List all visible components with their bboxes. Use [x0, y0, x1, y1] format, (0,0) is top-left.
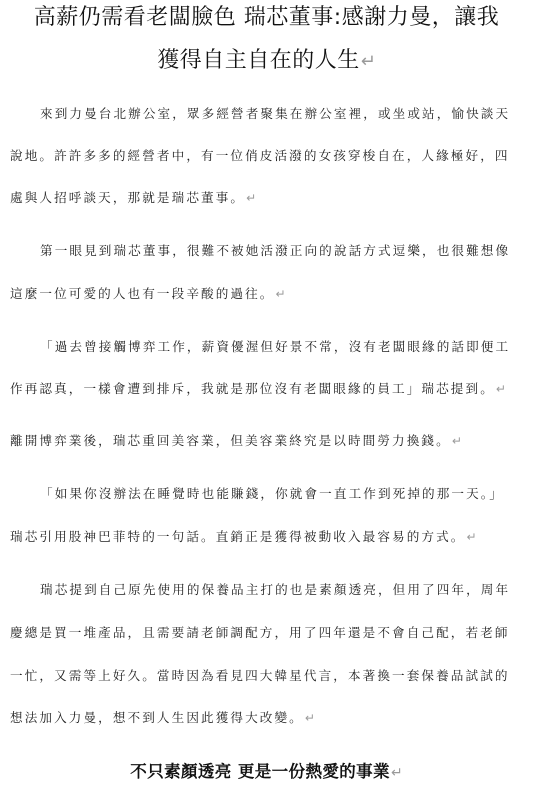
paragraph-2-line-2: 這麼一位可愛的人也有一段辛酸的過往。↵ — [10, 285, 500, 303]
paragraph-6-line-2: 慶總是買一堆產品，且需要請老師調配方，用了四年還是不會自己配，若老師 — [10, 624, 500, 642]
title-text: 高薪仍需看老闆臉色 瑞芯董事:感謝力曼，讓我 — [34, 5, 499, 30]
title-text: 獲得自主自在的人生 — [157, 48, 360, 73]
document-page: 高薪仍需看老闆臉色 瑞芯董事:感謝力曼，讓我 獲得自主自在的人生↵ 來到力曼台北… — [0, 0, 533, 792]
paragraph-4-line-1: 離開博弈業後，瑞芯重回美容業，但美容業終究是以時間勞力換錢。↵ — [10, 432, 500, 450]
subheading-text: 不只素顏透亮 更是一份熱愛的事業 — [130, 762, 390, 781]
paragraph-5-line-1: 「如果你沒辦法在睡覺時也能賺錢，你就會一直工作到死掉的那一天。」 — [40, 485, 530, 503]
paragraph-mark-icon: ↵ — [496, 382, 506, 396]
paragraph-3-line-1: 「過去曾接觸博弈工作，薪資優渥但好景不常，沒有老闆眼緣的話即便工 — [40, 338, 530, 356]
line-text: 作再認真，一樣會遭到排斥，我就是那位沒有老闆眼緣的員工」瑞芯提到。 — [10, 381, 495, 396]
paragraph-1-line-1: 來到力曼台北辦公室，眾多經營者聚集在辦公室裡，或坐或站，愉快談天 — [40, 105, 530, 123]
paragraph-mark-icon: ↵ — [361, 51, 376, 72]
line-text: 這麼一位可愛的人也有一段辛酸的過往。 — [10, 286, 275, 301]
paragraph-6-line-1: 瑞芯提到自己原先使用的保養品主打的也是素顏透亮，但用了四年，周年 — [40, 581, 530, 599]
paragraph-1-line-2: 說地。許許多多的經營者中，有一位俏皮活潑的女孩穿梭自在，人緣極好，四 — [10, 147, 500, 165]
line-text: 瑞芯引用股神巴菲特的一句話。直銷正是獲得被動收入最容易的方式。 — [10, 529, 466, 544]
paragraph-mark-icon: ↵ — [276, 287, 286, 301]
paragraph-mark-icon: ↵ — [391, 765, 403, 781]
line-text: 想法加入力曼，想不到人生因此獲得大改變。 — [10, 710, 304, 725]
paragraph-1-line-3: 處與人招呼談天，那就是瑞芯董事。↵ — [10, 189, 500, 207]
paragraph-mark-icon: ↵ — [467, 530, 477, 544]
line-text: 處與人招呼談天，那就是瑞芯董事。 — [10, 190, 245, 205]
document-title-line-2: 獲得自主自在的人生↵ — [0, 38, 533, 85]
line-text: 離開博弈業後，瑞芯重回美容業，但美容業終究是以時間勞力換錢。 — [10, 433, 451, 448]
paragraph-mark-icon: ↵ — [246, 191, 256, 205]
document-title-line-1: 高薪仍需看老闆臉色 瑞芯董事:感謝力曼，讓我 — [0, 0, 533, 41]
paragraph-2-line-1: 第一眼見到瑞芯董事，很難不被她活潑正向的說話方式逗樂，也很難想像 — [40, 242, 530, 260]
paragraph-6-line-3: 一忙，又需等上好久。當時因為看見四大韓星代言，本著換一套保養品試試的 — [10, 667, 500, 685]
paragraph-6-line-4: 想法加入力曼，想不到人生因此獲得大改變。↵ — [10, 709, 500, 727]
section-subheading: 不只素顏透亮 更是一份熱愛的事業↵ — [0, 760, 533, 785]
paragraph-5-line-2: 瑞芯引用股神巴菲特的一句話。直銷正是獲得被動收入最容易的方式。↵ — [10, 528, 500, 546]
paragraph-mark-icon: ↵ — [305, 711, 315, 725]
paragraph-mark-icon: ↵ — [452, 434, 462, 448]
paragraph-3-line-2: 作再認真，一樣會遭到排斥，我就是那位沒有老闆眼緣的員工」瑞芯提到。↵ — [10, 380, 500, 398]
